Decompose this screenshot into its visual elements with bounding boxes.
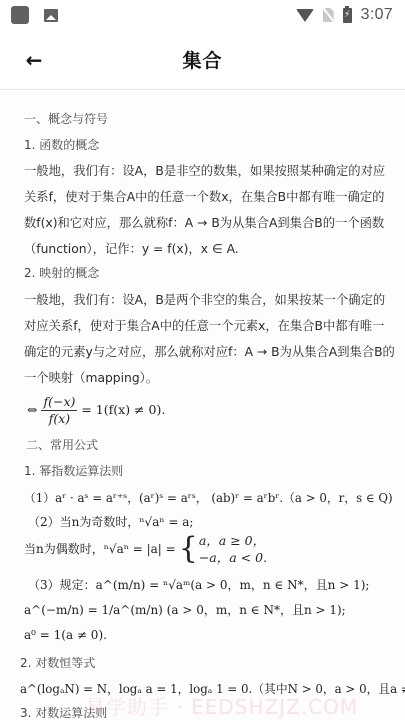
article-content[interactable]: 一、概念与符号 1. 函数的概念 一般地，我们有：设A，B是非空的数集，如果按照… — [0, 91, 405, 720]
paragraph-line: 一般地，我们有：设A，B是非空的数集，如果按照某种确定的对应 — [24, 163, 385, 179]
paragraph-line: 确定的元素y与之对应，那么就称对应f：A → B为从集合A到集合B的 — [24, 344, 395, 360]
subsection-heading: 2. 映射的概念 — [24, 265, 99, 281]
formula-suffix: = 1(f(x) ≠ 0). — [81, 402, 165, 417]
case-2: −a，a < 0. — [199, 549, 267, 566]
section-heading: 一、概念与符号 — [24, 111, 108, 127]
paragraph-line: 对应关系f，使对于集合A中的任意一个元素x，在集合B中都有唯一 — [24, 318, 384, 334]
image-notification-icon — [44, 9, 58, 22]
equivalence-formula: ⇔ f(−x) f(x) = 1(f(x) ≠ 0). — [27, 394, 165, 427]
wifi-icon — [296, 9, 314, 22]
power-rule-2: （2）当n为奇数时，ⁿ√aⁿ = a; — [28, 514, 193, 530]
fraction-denominator: f(x) — [41, 411, 77, 427]
piecewise-cases: a，a ≥ 0， −a，a < 0. — [199, 532, 267, 566]
fraction-numerator: f(−x) — [41, 394, 77, 411]
battery-charging-icon — [343, 8, 352, 23]
paragraph-line: 一个映射（mapping）。 — [24, 370, 158, 386]
power-rule-3b: a^(−m/n) = 1/a^(m/n) (a > 0，m，n ∈ N*，且n … — [24, 602, 346, 618]
brace-symbol: { — [179, 534, 198, 564]
back-button[interactable]: ← — [18, 44, 50, 76]
section-heading: 二、常用公式 — [26, 437, 98, 453]
equiv-symbol: ⇔ — [27, 402, 37, 417]
paragraph-line: 关系f，使对于集合A中的任意一个数x，在集合B中都有唯一确定的 — [24, 189, 384, 205]
fraction: f(−x) f(x) — [41, 394, 77, 427]
status-bar: 3:07 — [0, 0, 405, 30]
paragraph-line: 数f(x)和它对应，那么就称f：A → B为从集合A到集合B的一个函数 — [24, 215, 384, 231]
power-rule-3: （3）规定：a^(m/n) = ⁿ√aᵐ(a > 0，m，n ∈ N*，且n >… — [28, 577, 369, 593]
piecewise: { a，a ≥ 0， −a，a < 0. — [179, 532, 267, 566]
back-arrow-icon: ← — [26, 50, 43, 70]
watermark: 易学助手 · EEDSHZJZ.COM — [85, 691, 358, 720]
system-icons: 3:07 — [296, 6, 393, 24]
clock: 3:07 — [361, 6, 393, 24]
app-notification-icon — [11, 6, 29, 24]
case-1: a，a ≥ 0， — [199, 532, 267, 549]
paragraph-line: （function），记作：y = f(x)，x ∈ A. — [24, 241, 239, 257]
power-rule-3c: a⁰ = 1(a ≠ 0). — [24, 627, 107, 643]
subsection-heading: 1. 幂指数运算法则 — [24, 463, 123, 479]
no-sim-icon — [323, 8, 334, 22]
subsection-heading: 1. 函数的概念 — [24, 137, 99, 153]
power-rule-2b: 当n为偶数时，ⁿ√aⁿ = |a| = { a，a ≥ 0， −a，a < 0. — [24, 532, 267, 566]
paragraph-line: 一般地，我们有：设A，B是两个非空的集合，如果按某一个确定的 — [24, 292, 385, 308]
notification-icons — [11, 6, 58, 24]
power-rule-2b-prefix: 当n为偶数时，ⁿ√aⁿ = |a| = — [24, 541, 176, 557]
power-rule-1: （1）aʳ · aˢ = aʳ⁺ˢ，(aʳ)ˢ = aʳˢ， (ab)ʳ = a… — [24, 490, 393, 506]
page-title: 集合 — [182, 46, 222, 73]
app-header: ← 集合 — [0, 30, 405, 90]
subsection-heading: 2. 对数恒等式 — [20, 655, 95, 671]
